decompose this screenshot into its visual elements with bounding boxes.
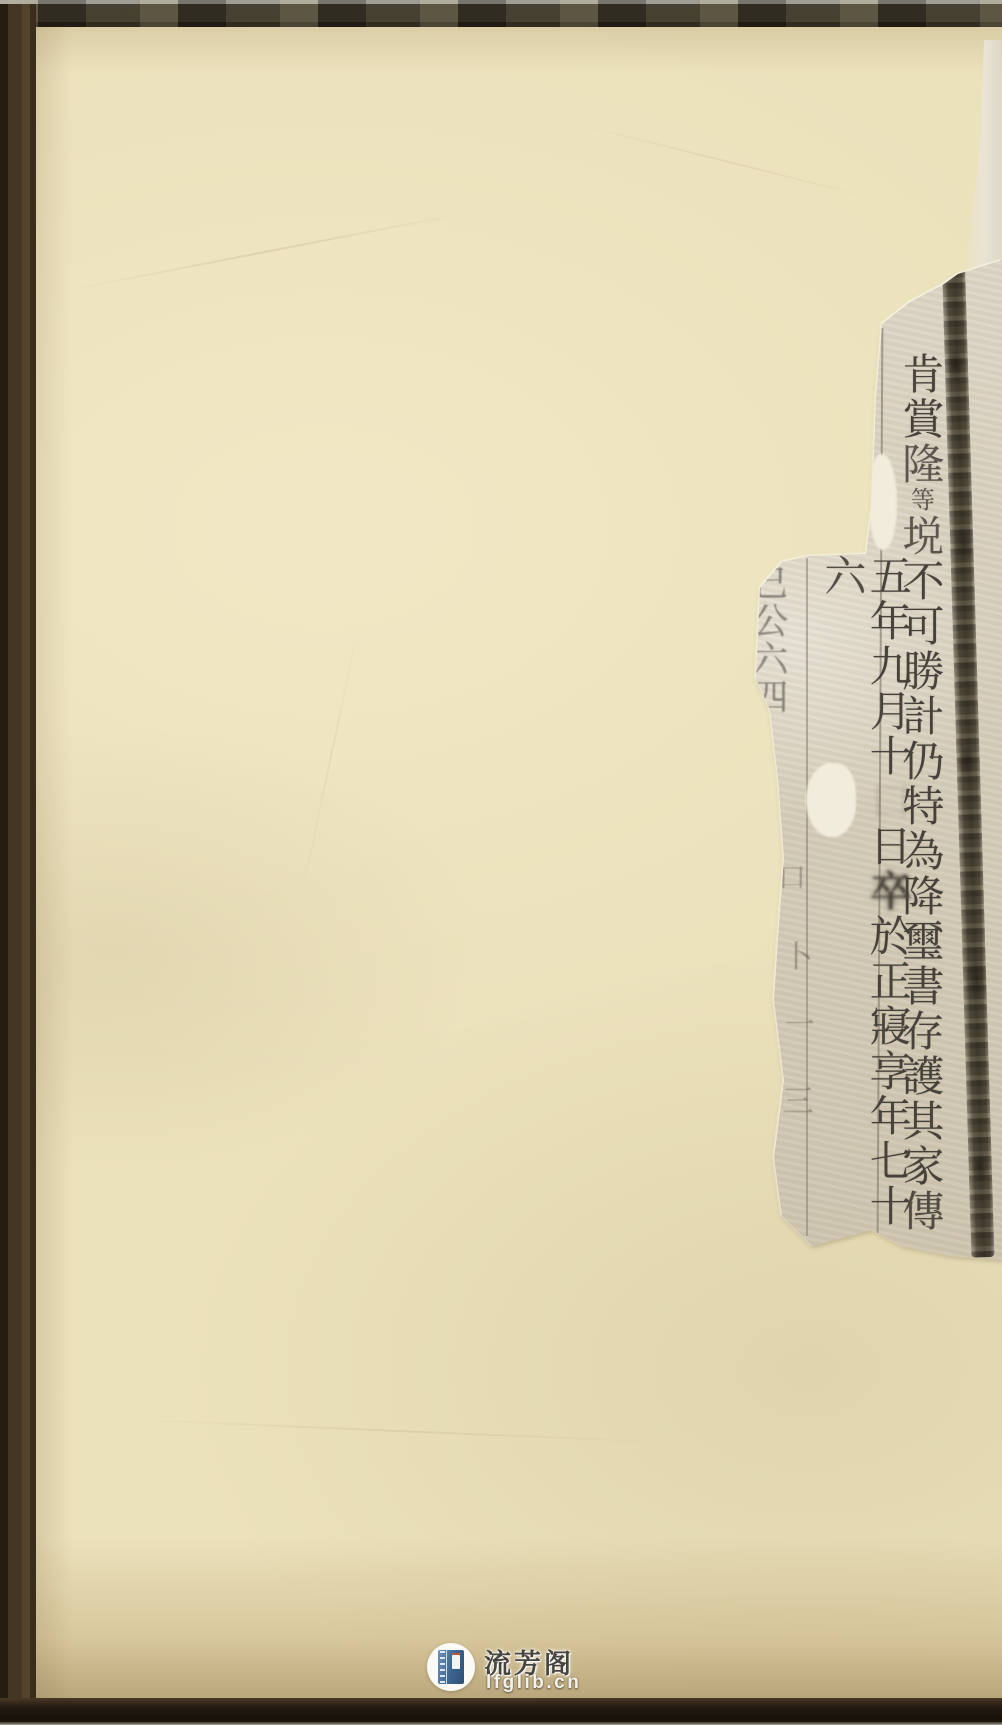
glyph: 傳 [896,1189,942,1234]
glyph: 已 [748,564,788,602]
glyph: 隆 [896,442,942,487]
scan-top-edge [0,0,1002,27]
stitched-book-icon [438,1650,464,1684]
glyph: 存 [896,1009,942,1054]
glyph: 計 [896,694,942,739]
glyph: 不 [896,559,942,604]
glyph: 書 [896,964,942,1009]
book-title-label [452,1653,460,1669]
watermark-badge [427,1643,475,1691]
text-column-left-fragments: 已公六四 [748,564,787,964]
glyph: 其 [896,1099,942,1144]
glyph: 家 [896,1144,942,1189]
glyph: 㙂 [896,514,942,559]
torn-character-fragment: 一 [785,1000,815,1044]
glyph: 四 [748,678,788,716]
text-column-right: 肯賞隆等㙂不可勝計仍特為降璽書存護其家傳 [896,352,941,1252]
glyph: 六 [818,554,864,599]
glyph: 特 [896,784,942,829]
torn-paper-flake [869,454,897,550]
glyph: 肯 [896,352,942,397]
slip-paper: 已公六四 五年九月十口日卒於正寢享年七十六 肯賞隆等㙂不可勝計仍特為降璽書存護其… [748,258,1002,1263]
scan-bottom-edge [0,1698,1002,1725]
torn-character-fragment: 口 [778,856,806,896]
glyph: 公 [748,602,788,640]
column-rule-line [806,558,808,1236]
torn-character-fragment: 三 [782,1076,814,1122]
glyph: 璽 [896,919,942,964]
scan-left-edge [0,4,36,1725]
torn-character-fragment: 卜 [783,932,813,976]
scanned-page: 已公六四 五年九月十口日卒於正寢享年七十六 肯賞隆等㙂不可勝計仍特為降璽書存護其… [0,0,1002,1725]
torn-printed-slip: 已公六四 五年九月十口日卒於正寢享年七十六 肯賞隆等㙂不可勝計仍特為降璽書存護其… [748,258,1002,1263]
glyph: 仍 [896,739,942,784]
glyph: 為 [896,829,942,874]
watermark: 流芳阁 lfglib.cn [420,1640,620,1700]
glyph: 等 [906,487,932,514]
glyph: 可 [896,604,942,649]
torn-paper-flake [806,763,856,837]
glyph: 降 [896,874,942,919]
glyph: 六 [748,640,788,678]
book-spine-line [446,1650,447,1684]
book-stitching [440,1651,445,1683]
glyph: 護 [896,1054,942,1099]
inked-border-stripe [942,265,994,1257]
watermark-site-url: lfglib.cn [486,1672,581,1694]
glyph: 賞 [896,397,942,442]
glyph: 勝 [896,649,942,694]
torn-character-fragment: 㔾 [896,266,924,300]
